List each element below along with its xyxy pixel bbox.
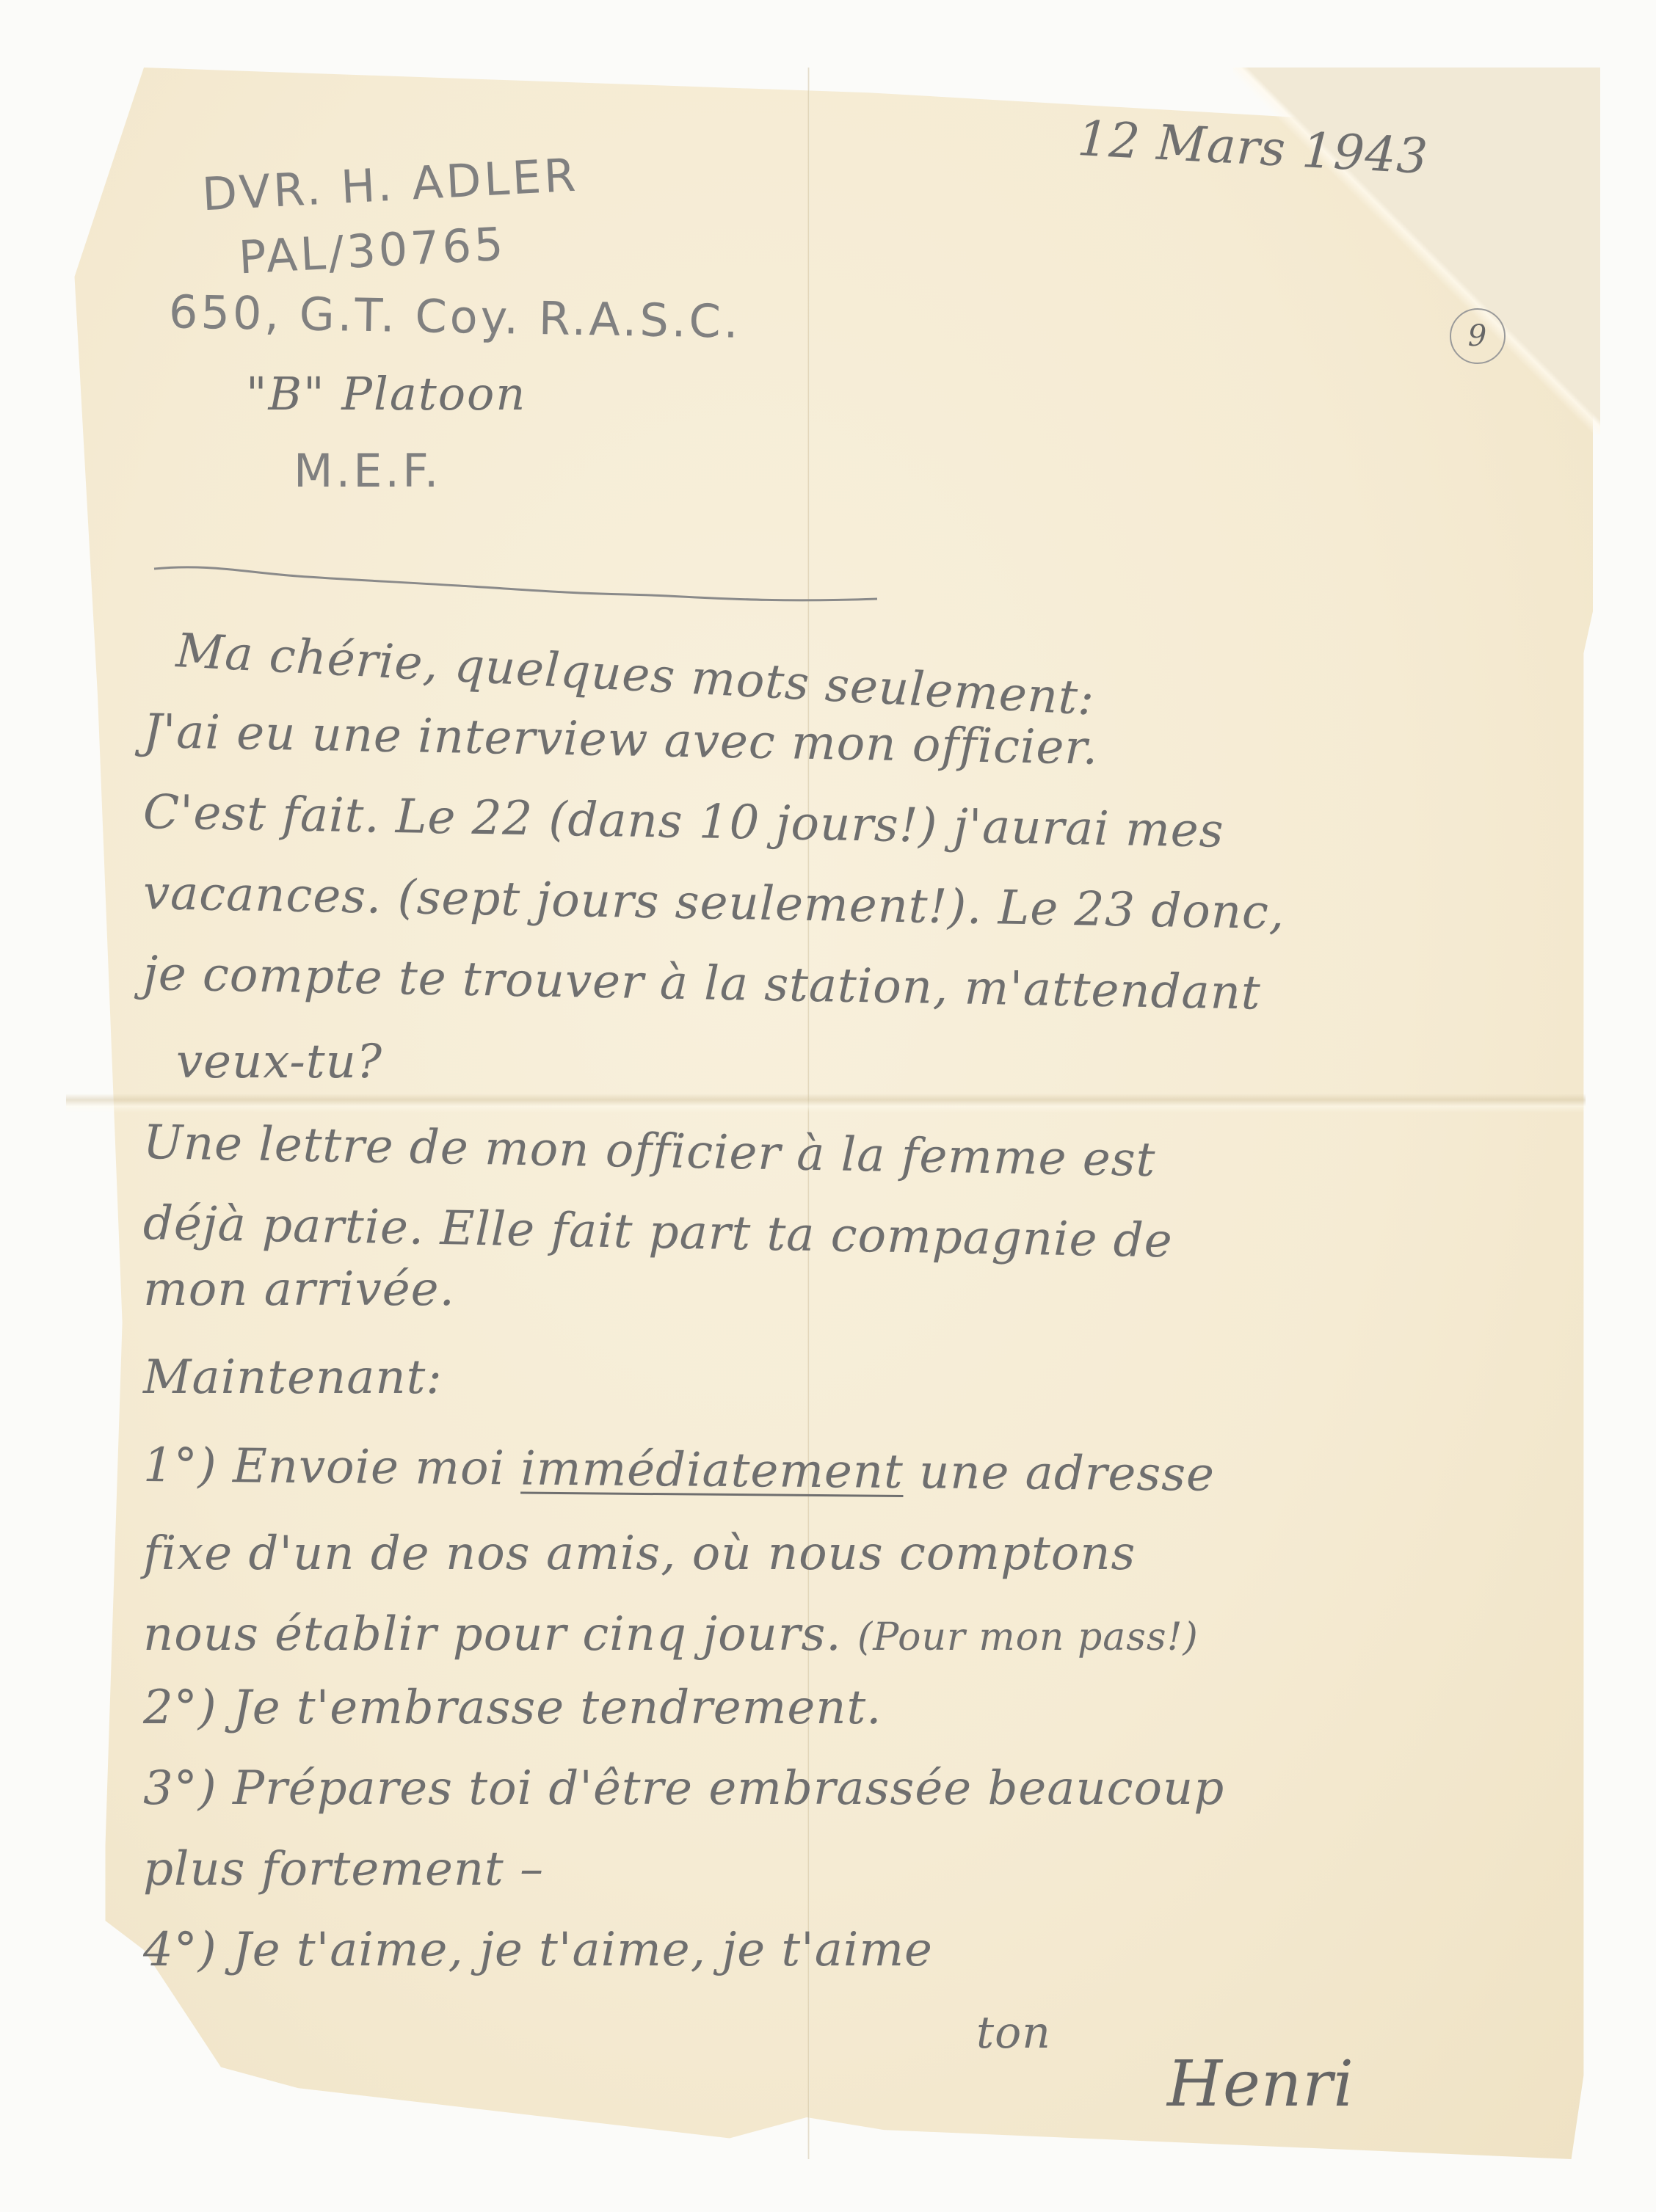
list-item-4: 4°) Je t'aime, je t'aime, je t'aime xyxy=(143,1923,933,1977)
valediction: ton xyxy=(976,2007,1051,2059)
body-line-maintenant: Maintenant: xyxy=(143,1350,443,1405)
signature: Henri xyxy=(1167,2048,1354,2121)
body-line: mon arrivée. xyxy=(143,1262,455,1317)
page-number-marker: 9 xyxy=(1450,308,1506,364)
list-item-1-suffix: une adresse xyxy=(903,1445,1215,1502)
sender-platoon: "B" Platoon xyxy=(246,367,526,421)
horizontal-fold-crease xyxy=(66,1094,1586,1113)
sender-unit: 650, G.T. Coy. R.A.S.C. xyxy=(168,285,741,349)
list-item-1: 1°) Envoie moi immédiatement une adresse xyxy=(143,1438,1216,1502)
list-item-2: 2°) Je t'embrasse tendrement. xyxy=(143,1681,882,1735)
header-divider-line xyxy=(150,536,885,602)
body-line: veux-tu? xyxy=(176,1035,382,1089)
vertical-fold-crease xyxy=(807,68,810,2159)
parenthetical-aside: (Pour mon pass!) xyxy=(857,1615,1199,1659)
list-item-1-prefix: 1°) Envoie moi xyxy=(143,1438,521,1496)
body-line-main: nous établir pour cinq jours. xyxy=(143,1607,857,1662)
underlined-emphasis: immédiatement xyxy=(520,1441,904,1499)
list-item-3: 3°) Prépares toi d'être embrassée beauco… xyxy=(143,1761,1224,1816)
body-line: plus fortement – xyxy=(143,1842,544,1896)
body-line: fixe d'un de nos amis, où nous comptons xyxy=(143,1527,1136,1581)
sender-force: M.E.F. xyxy=(294,444,442,498)
body-line: nous établir pour cinq jours. (Pour mon … xyxy=(143,1607,1199,1662)
